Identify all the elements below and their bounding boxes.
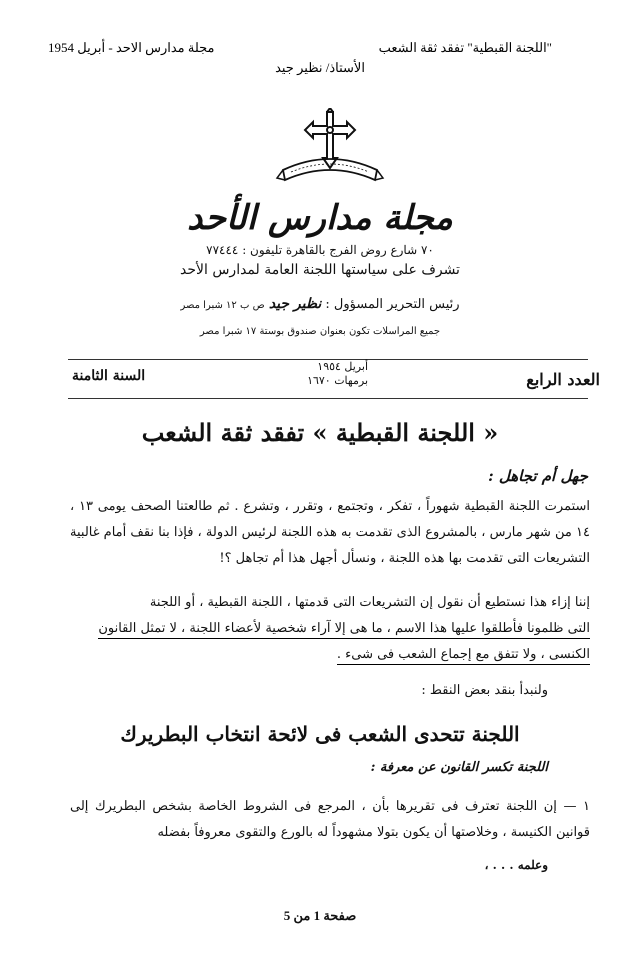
- date-coptic: برمهات ١٦٧٠: [268, 374, 368, 388]
- editor-name: نظير جيد: [269, 296, 321, 312]
- issue-date: أبريل ١٩٥٤ برمهات ١٦٧٠: [268, 360, 368, 388]
- paragraph: ١ — إن اللجنة تعترف فى تقريرها بأن ، الم…: [70, 794, 590, 846]
- divider: [68, 398, 588, 399]
- correspondence-line: جميع المراسلات تكون بعنوان صندوق بوستة ١…: [0, 326, 640, 337]
- section-heading: اللجنة تكسر القانون عن معرفة :: [371, 760, 548, 775]
- section-heading: جهل أم تجاهل :: [488, 467, 588, 485]
- coptic-cross-emblem-icon: [275, 108, 385, 188]
- page-header-left: مجلة مدارس الاحد - أبريل 1954: [48, 40, 215, 56]
- page-header-author: الأستاذ/ نظير جيد: [0, 60, 640, 76]
- paragraph-line: التى ظلمونا فأطلقوا عليها هذا الاسم ، ما…: [70, 616, 590, 642]
- editor-line: رئيس التحرير المسؤول : نظير جيد ص ب ١٢ ش…: [0, 296, 640, 312]
- paragraph: استمرت اللجنة القبطية شهوراً ، تفكر ، وت…: [70, 494, 590, 572]
- page-number: صفحة 1 من 5: [0, 908, 640, 924]
- paragraph-underlined: إننا إزاء هذا نستطيع أن نقول إن التشريعا…: [70, 590, 590, 668]
- issue-number: العدد الرابع: [526, 370, 600, 389]
- magazine-address: ٧٠ شارع روض الفرج بالقاهرة تليفون : ٧٧٤٤…: [0, 243, 640, 257]
- volume-year: السنة الثامنة: [72, 368, 145, 384]
- paragraph: ولنبدأ بنقد بعض النقط :: [421, 683, 548, 698]
- editor-label: رئيس التحرير المسؤول :: [325, 297, 459, 312]
- magazine-title: مجلة مدارس الأحد: [0, 198, 640, 238]
- date-gregorian: أبريل ١٩٥٤: [268, 360, 368, 374]
- paragraph: وعلمه . . . ،: [485, 858, 548, 872]
- paragraph-line: إننا إزاء هذا نستطيع أن نقول إن التشريعا…: [70, 590, 590, 616]
- page-header-right: "اللجنة القبطية" تفقد ثقة الشعب: [379, 40, 552, 56]
- magazine-supervision: تشرف على سياستها اللجنة العامة لمدارس ال…: [0, 262, 640, 278]
- section-title: اللجنة تتحدى الشعب فى لائحة انتخاب البطر…: [0, 722, 640, 746]
- editor-pobox: ص ب ١٢ شبرا مصر: [180, 300, 264, 311]
- paragraph-line: الكنسى ، ولا تتفق مع إجماع الشعب فى شىء …: [70, 642, 590, 668]
- article-title: « اللجنة القبطية » تفقد ثقة الشعب: [0, 418, 640, 447]
